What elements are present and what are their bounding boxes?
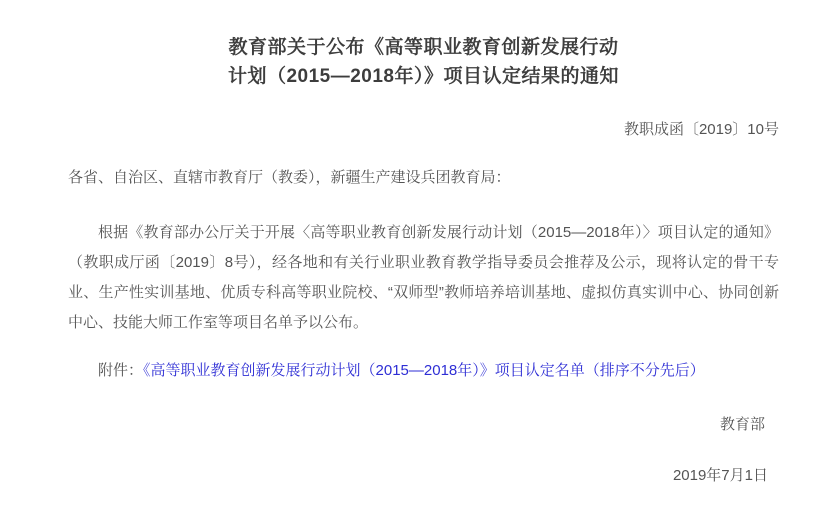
attachment-line: 附件：《高等职业教育创新发展行动计划（2015—2018年）》项目认定名单（排序… — [68, 361, 779, 381]
attachment-link[interactable]: 《高等职业教育创新发展行动计划（2015—2018年）》项目认定名单（排序不分先… — [143, 362, 705, 379]
issuer-name: 教育部 — [68, 415, 779, 435]
body-paragraph: 根据《教育部办公厅关于开展〈高等职业教育创新发展行动计划（2015—2018年）… — [68, 218, 779, 338]
document-reference-number: 教职成函〔2019〕10号 — [68, 120, 779, 140]
document-title-line-1: 教育部关于公布《高等职业教育创新发展行动 — [68, 33, 779, 62]
document-title-line-2: 计划（2015—2018年）》项目认定结果的通知 — [68, 62, 779, 91]
document-title: 教育部关于公布《高等职业教育创新发展行动 计划（2015—2018年）》项目认定… — [68, 33, 779, 91]
addressee-line: 各省、自治区、直辖市教育厅（教委），新疆生产建设兵团教育局： — [68, 168, 779, 188]
attachment-label: 附件： — [98, 362, 143, 379]
notice-document-page: 教育部关于公布《高等职业教育创新发展行动 计划（2015—2018年）》项目认定… — [0, 0, 830, 509]
issue-date: 2019年7月1日 — [68, 466, 779, 486]
